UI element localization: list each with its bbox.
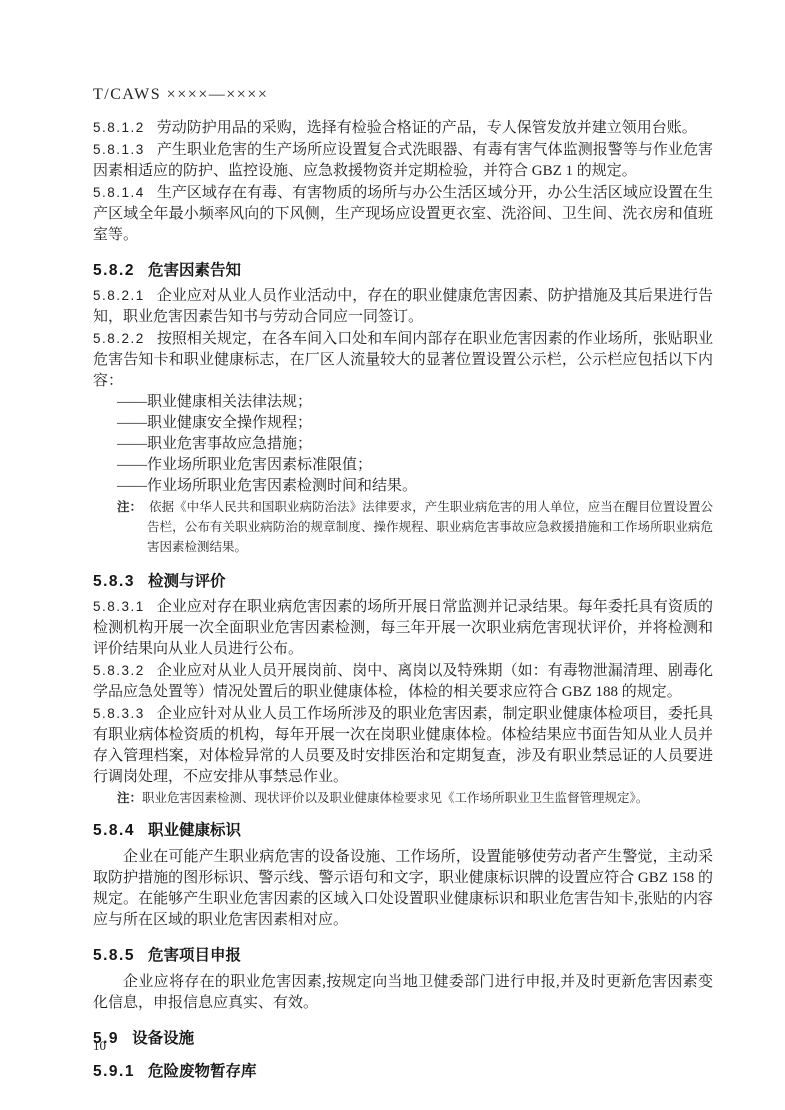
paragraph-5-8-5: 企业应将存在的职业危害因素,按规定向当地卫健委部门进行申报,并及时更新危害因素变… [93, 972, 713, 1014]
list-item: ——作业场所职业危害因素标准限值； [117, 455, 713, 476]
heading-5-8-4: 5.8.4职业健康标识 [93, 820, 713, 841]
heading-title: 危害因素告知 [148, 262, 241, 279]
heading-5-8-2: 5.8.2危害因素告知 [93, 260, 713, 281]
list-item: ——作业场所职业危害因素检测时间和结果。 [117, 476, 713, 497]
clause-5-8-1-4: 5.8.1.4生产区域存在有毒、有害物质的场所与办公生活区域分开，办公生活区域应… [93, 182, 713, 246]
page-number: 10 [93, 1038, 106, 1053]
running-header: T/CAWS ××××—×××× [93, 84, 268, 105]
note-5-8-2: 注：依据《中华人民共和国职业病防治法》法律要求，产生职业病危害的用人单位，应当在… [93, 497, 713, 557]
heading-number: 5.9.1 [93, 1063, 135, 1080]
list-item: ——职业健康安全操作规程； [117, 413, 713, 434]
note-label: 注： [117, 791, 142, 805]
clause-5-8-1-2: 5.8.1.2劳动防护用品的采购，选择有检验合格证的产品，专人保管发放并建立领用… [93, 117, 713, 139]
heading-5-8-3: 5.8.3检测与评价 [93, 571, 713, 592]
clause-5-8-1-3: 5.8.1.3产生职业危害的生产场所应设置复合式洗眼器、有毒有害气体监测报警等与… [93, 139, 713, 182]
list-item: ——职业健康相关法律法规； [117, 392, 713, 413]
heading-5-9: 5.9设备设施 [93, 1028, 713, 1049]
clause-number: 5.8.3.3 [93, 706, 145, 721]
page-footer: 10 [93, 1038, 106, 1054]
clause-number: 5.8.2.1 [93, 288, 145, 303]
clause-5-8-3-3: 5.8.3.3企业应针对从业人员工作场所涉及的职业危害因素，制定职业健康体检项目… [93, 703, 713, 788]
clause-5-8-2-2: 5.8.2.2按照相关规定，在各车间入口处和车间内部存在职业危害因素的作业场所，… [93, 328, 713, 392]
document-body: 5.8.1.2劳动防护用品的采购，选择有检验合格证的产品，专人保管发放并建立领用… [93, 117, 713, 1082]
heading-title: 职业健康标识 [148, 822, 241, 839]
heading-title: 设备设施 [132, 1030, 194, 1047]
clause-number: 5.8.1.3 [93, 142, 145, 157]
heading-5-8-5: 5.8.5危害项目申报 [93, 945, 713, 966]
clause-5-8-3-1: 5.8.3.1企业应对存在职业病危害因素的场所开展日常监测并记录结果。每年委托具… [93, 596, 713, 660]
clause-number: 5.8.3.2 [93, 663, 145, 678]
disclosure-items-list: ——职业健康相关法律法规； ——职业健康安全操作规程； ——职业危害事故应急措施… [93, 392, 713, 497]
note-label: 注： [117, 500, 142, 514]
note-text: 职业危害因素检测、现状评价以及职业健康体检要求见《工作场所职业卫生监督管理规定》… [142, 791, 648, 805]
clause-text: 劳动防护用品的采购，选择有检验合格证的产品，专人保管发放并建立领用台账。 [157, 120, 697, 136]
clause-number: 5.8.3.1 [93, 599, 145, 614]
clause-text: 生产区域存在有毒、有害物质的场所与办公生活区域分开，办公生活区域应设置在生产区域… [93, 185, 713, 243]
heading-number: 5.8.5 [93, 947, 135, 964]
note-5-8-3: 注：职业危害因素检测、现状评价以及职业健康体检要求见《工作场所职业卫生监督管理规… [93, 788, 713, 808]
heading-title: 危害项目申报 [148, 947, 241, 964]
clause-number: 5.8.1.4 [93, 185, 145, 200]
paragraph-5-8-4: 企业在可能产生职业病危害的设备设施、工作场所，设置能够使劳动者产生警觉，主动采取… [93, 847, 713, 931]
clause-text: 按照相关规定，在各车间入口处和车间内部存在职业危害因素的作业场所，张贴职业危害告… [93, 331, 713, 389]
clause-text: 产生职业危害的生产场所应设置复合式洗眼器、有毒有害气体监测报警等与作业危害因素相… [93, 142, 713, 179]
clause-number: 5.8.1.2 [93, 120, 145, 135]
doc-code: T/CAWS ××××—×××× [93, 86, 268, 103]
clause-5-8-2-1: 5.8.2.1企业应对从业人员作业活动中，存在的职业健康危害因素、防护措施及其后… [93, 285, 713, 328]
note-text: 依据《中华人民共和国职业病防治法》法律要求，产生职业病危害的用人单位，应当在醒目… [147, 500, 713, 554]
clause-text: 企业应对存在职业病危害因素的场所开展日常监测并记录结果。每年委托具有资质的检测机… [93, 599, 713, 657]
clause-text: 企业应针对从业人员工作场所涉及的职业危害因素，制定职业健康体检项目，委托具有职业… [93, 706, 713, 785]
clause-text: 企业应对从业人员作业活动中，存在的职业健康危害因素、防护措施及其后果进行告知，职… [93, 288, 713, 325]
clause-number: 5.8.2.2 [93, 331, 145, 346]
heading-5-9-1: 5.9.1危险废物暂存库 [93, 1061, 713, 1082]
heading-number: 5.8.3 [93, 573, 135, 590]
heading-number: 5.8.2 [93, 262, 135, 279]
document-page: T/CAWS ××××—×××× 5.8.1.2劳动防护用品的采购，选择有检验合… [0, 0, 785, 1110]
heading-title: 危险废物暂存库 [148, 1063, 257, 1080]
clause-5-8-3-2: 5.8.3.2企业应对从业人员开展岗前、岗中、离岗以及特殊期（如：有毒物泄漏清理… [93, 660, 713, 703]
heading-title: 检测与评价 [148, 573, 226, 590]
clause-text: 企业应对从业人员开展岗前、岗中、离岗以及特殊期（如：有毒物泄漏清理、剧毒化学品应… [93, 663, 713, 700]
heading-number: 5.8.4 [93, 822, 135, 839]
list-item: ——职业危害事故应急措施； [117, 434, 713, 455]
